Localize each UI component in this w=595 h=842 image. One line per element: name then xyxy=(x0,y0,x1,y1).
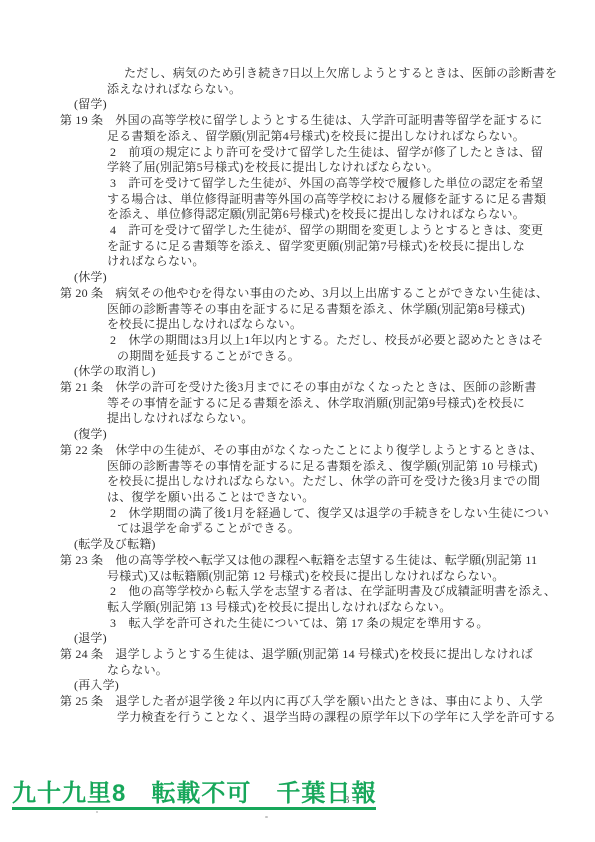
text-line: 2 他の高等学校から転入学を志望する者は、在学証明書及び成績証明書を添え、 xyxy=(110,584,560,600)
copyright-watermark-stamp: 九十九里8 転載不可 千葉日報 xyxy=(12,781,376,810)
text-line: 2 休学の期間は3月以上1年以内とする。ただし、校長が必要と認めたときはそ xyxy=(110,333,560,349)
text-line: ければならない。 xyxy=(107,254,560,270)
text-line: 第 24 条 退学しようとする生徒は、退学願(別記第 14 号様式)を校長に提出… xyxy=(60,647,560,663)
text-line: 第 23 条 他の高等学校へ転学又は他の課程へ転籍を志望する生徒は、転学願(別記… xyxy=(60,553,560,569)
text-line: 2 休学期間の満了後1月を経過して、復学又は退学の手続きをしない生徒につい xyxy=(110,506,560,522)
text-line: (休学) xyxy=(74,270,560,286)
text-line: 提出しなければならない。 xyxy=(107,411,560,427)
text-line: する場合は、単位修得証明書等外国の高等学校における履修を証するに足る書類 xyxy=(107,192,560,208)
text-line: を添え、単位修得認定願(別記第6号様式)を校長に提出しなければならない。 xyxy=(107,207,560,223)
text-line: (再入学) xyxy=(74,678,560,694)
text-line: 4 許可を受けて留学した生徒が、留学の期間を変更しようとするときは、変更 xyxy=(110,223,560,239)
text-line: (留学) xyxy=(74,97,560,113)
text-line: (復学) xyxy=(74,427,560,443)
text-line: 学終了届(別記第5号様式)を校長に提出しなければならない。 xyxy=(107,160,560,176)
text-line: 号様式)又は転籍願(別記第 12 号様式)を校長に提出しなければならない。 xyxy=(107,569,560,585)
text-line: を証するに足る書類等を添え、留学変更願(別記第7号様式)を校長に提出しな xyxy=(107,239,560,255)
text-line: 医師の診断書等その事情を証するに足る書類を添え、復学願(別記第 10 号様式) xyxy=(107,459,560,475)
text-line: 医師の診断書等その事由を証するに足る書類を添え、休学願(別記第8号様式) xyxy=(107,302,560,318)
text-line: 第 25 条 退学した者が退学後 2 年以内に再び入学を願い出たときは、事由によ… xyxy=(60,694,560,710)
text-line: を校長に提出しなければならない。ただし、休学の許可を受けた後3月までの間 xyxy=(107,474,560,490)
text-line: 3 転入学を許可された生徒については、第 17 条の規定を準用する。 xyxy=(110,616,560,632)
text-line: 第 20 条 病気その他やむを得ない事由のため、3月以上出席することができない生… xyxy=(60,286,560,302)
text-line: (退学) xyxy=(74,631,560,647)
scan-artifact-speck xyxy=(265,816,268,818)
regulation-text-block: ただし、病気のため引き続き7日以上欠席しようとするときは、医師の診断書を添えなけ… xyxy=(60,66,560,726)
text-line: ては退学を命ずることができる。 xyxy=(117,521,560,537)
text-line: を校長に提出しなければならない。 xyxy=(107,317,560,333)
text-line: 2 前項の規定により許可を受けて留学した生徒は、留学が修了したときは、留 xyxy=(110,145,560,161)
text-line: (休学の取消し) xyxy=(74,364,560,380)
text-line: は、復学を願い出ることはできない。 xyxy=(107,490,560,506)
text-line: ただし、病気のため引き続き7日以上欠席しようとするときは、医師の診断書を xyxy=(124,66,560,82)
text-line: 添えなければならない。 xyxy=(107,82,560,98)
text-line: 等その事情を証するに足る書類を添え、休学取消願(別記第9号様式)を校長に xyxy=(107,396,560,412)
text-line: ならない。 xyxy=(107,663,560,679)
text-line: 3 許可を受けて留学した生徒が、外国の高等学校で履修した単位の認定を希望 xyxy=(110,176,560,192)
text-line: の期間を延長することができる。 xyxy=(117,349,560,365)
scanned-document-page: ただし、病気のため引き続き7日以上欠席しようとするときは、医師の診断書を添えなけ… xyxy=(0,0,595,842)
text-line: 第 21 条 休学の許可を受けた後3月までにその事由がなくなったときは、医師の診… xyxy=(60,380,560,396)
text-line: 転入学願(別記第 13 号様式)を校長に提出しなければならない。 xyxy=(107,600,560,616)
scan-artifact-speck xyxy=(96,811,98,813)
text-line: 第 19 条 外国の高等学校に留学しようとする生徒は、入学許可証明書等留学を証す… xyxy=(60,113,560,129)
text-line: 第 22 条 休学中の生徒が、その事由がなくなったことにより復学しようとするとき… xyxy=(60,443,560,459)
text-line: 足る書類を添え、留学願(別記第4号様式)を校長に提出しなければならない。 xyxy=(107,129,560,145)
text-line: 学力検査を行うことなく、退学当時の課程の原学年以下の学年に入学を許可する xyxy=(117,710,560,726)
text-line: (転学及び転籍) xyxy=(74,537,560,553)
